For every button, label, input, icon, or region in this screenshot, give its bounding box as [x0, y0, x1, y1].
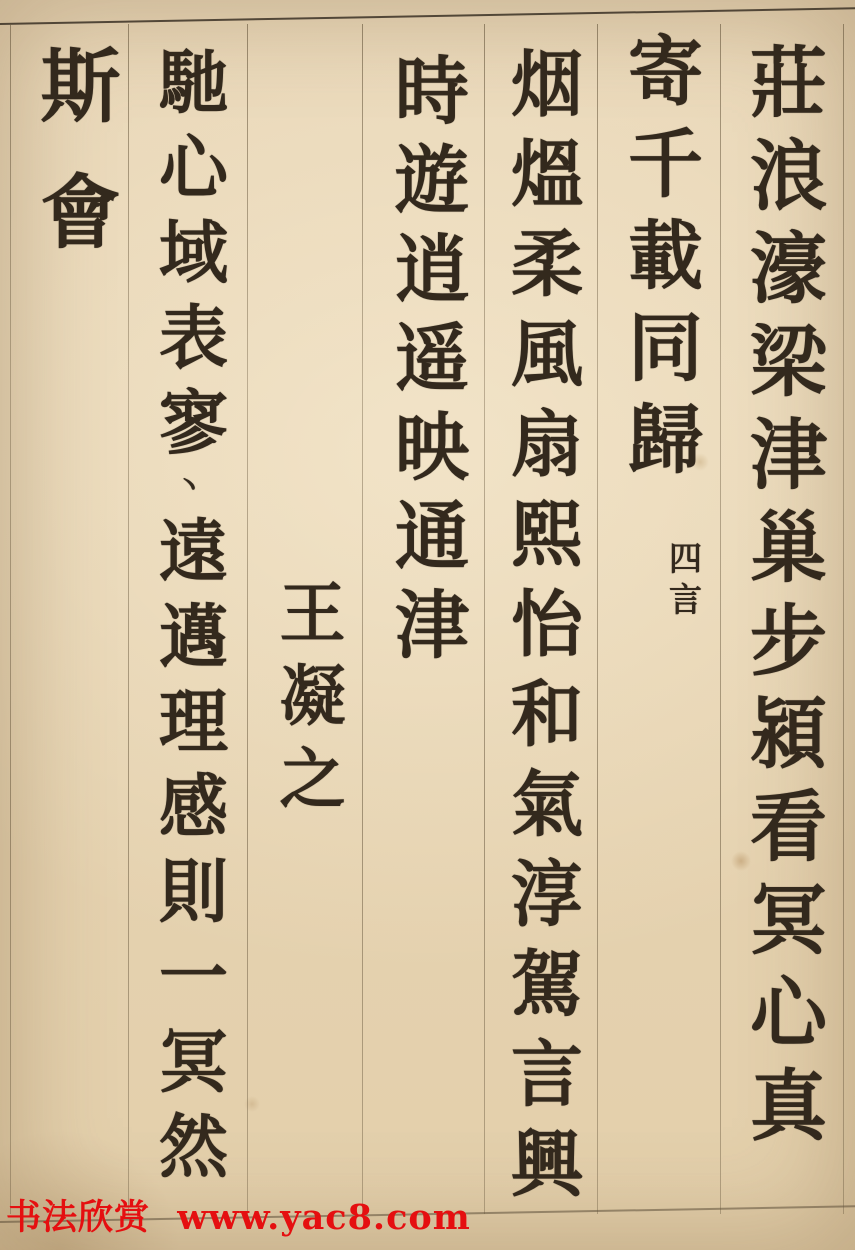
manuscript-page: 莊浪濠梁津巢步潁看冥心真 寄千載同歸 四言 烟熅柔風扇熙怡和氣淳駕言興 時遊逍遥… [0, 0, 855, 1250]
text-column-6-part2: 遠邁理感則一冥然 [147, 515, 227, 1195]
watermark-url-text: www.yac8.com [177, 1197, 471, 1238]
text-column-6: 馳心域表寥丶遠邁理感則一冥然 [152, 46, 221, 1246]
signature-column: 王凝之 [273, 578, 339, 1238]
column-rule-line [247, 24, 248, 1214]
text-column-3: 烟熅柔風扇熙怡和氣淳駕言興 [505, 46, 577, 1246]
frame-top-line [0, 7, 855, 25]
column-rule-line [10, 24, 11, 1214]
column-rule-line [597, 24, 598, 1214]
column-rule-line [362, 24, 363, 1214]
watermark: 书法欣赏 www.yac8.com [6, 1190, 471, 1240]
iteration-mark: 丶 [171, 471, 204, 515]
poem-meter-annotation: 四言 [667, 541, 700, 1191]
watermark-site-name-text: 书法欣赏 [6, 1197, 150, 1238]
text-column-6-part1: 馳心域表寥 [147, 46, 227, 471]
text-column-7: 斯會 [33, 44, 113, 1244]
column-rule-line [720, 24, 721, 1214]
text-column-1: 莊浪濠梁津巢步潁看冥心真 [743, 42, 820, 1242]
column-rule-line [128, 24, 129, 1214]
column-rule-line [484, 24, 485, 1214]
column-rule-line [843, 24, 844, 1214]
text-column-4: 時遊逍遥映通津 [389, 52, 463, 1242]
